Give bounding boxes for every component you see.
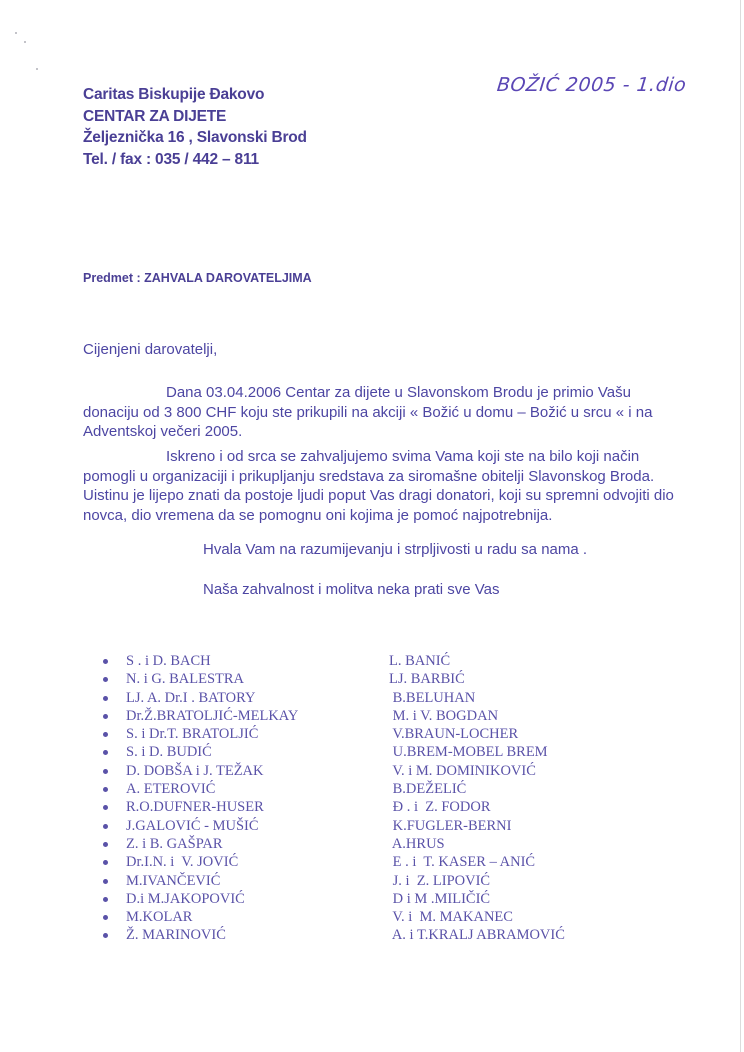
bullet-icon bbox=[103, 842, 108, 847]
bullet-icon bbox=[103, 787, 108, 792]
donor-name: R.O.DUFNER-HUSER bbox=[126, 799, 264, 815]
subject-line: Predmet : ZAHVALA DAROVATELJIMA bbox=[83, 271, 312, 285]
donor-item: L. BANIĆ bbox=[389, 652, 565, 670]
bullet-icon bbox=[103, 696, 108, 701]
paragraph-donation: Dana 03.04.2006 Centar za dijete u Slavo… bbox=[83, 383, 683, 442]
bullet-icon bbox=[103, 805, 108, 810]
bullet-icon bbox=[103, 915, 108, 920]
donor-item: N. i G. BALESTRA bbox=[103, 670, 298, 688]
letterhead-org: Caritas Biskupije Đakovo bbox=[83, 84, 307, 106]
scan-speck bbox=[36, 68, 38, 70]
donor-name: Đ . i Z. FODOR bbox=[389, 799, 491, 815]
bullet-icon bbox=[103, 860, 108, 865]
donor-item: R.O.DUFNER-HUSER bbox=[103, 798, 298, 816]
donor-item: LJ. BARBIĆ bbox=[389, 670, 565, 688]
donor-item: M. i V. BOGDAN bbox=[389, 707, 565, 725]
paragraph-line: Uistinu je lijepo znati da postoje ljudi… bbox=[83, 486, 683, 506]
bullet-icon bbox=[103, 677, 108, 682]
scan-speck bbox=[15, 32, 17, 34]
bullet-icon bbox=[103, 933, 108, 938]
donor-list-right: L. BANIĆLJ. BARBIĆ B.BELUHAN M. i V. BOG… bbox=[389, 652, 565, 945]
page-edge-line bbox=[740, 0, 741, 1052]
donor-name: E . i T. KASER – ANIĆ bbox=[389, 854, 535, 870]
donor-item: Ž. MARINOVIĆ bbox=[103, 926, 298, 944]
donor-name: L. BANIĆ bbox=[389, 653, 450, 669]
bullet-icon bbox=[103, 769, 108, 774]
donor-item: Dr.Ž.BRATOLJIĆ-MELKAY bbox=[103, 707, 298, 725]
donor-name: LJ. A. Dr.I . BATORY bbox=[126, 690, 255, 706]
paragraph-line: novca, dio vremena da se pomognu oni koj… bbox=[83, 506, 683, 526]
donor-name: N. i G. BALESTRA bbox=[126, 671, 244, 687]
donor-item: A.HRUS bbox=[389, 835, 565, 853]
donor-item: B.BELUHAN bbox=[389, 689, 565, 707]
blessing-line: Naša zahvalnost i molitva neka prati sve… bbox=[203, 581, 500, 598]
donor-item: V. i M. MAKANEC bbox=[389, 908, 565, 926]
bullet-icon bbox=[103, 824, 108, 829]
donor-item: J.GALOVIĆ - MUŠIĆ bbox=[103, 817, 298, 835]
letterhead: Caritas Biskupije Đakovo CENTAR ZA DIJET… bbox=[83, 84, 307, 170]
donor-item: Dr.I.N. i V. JOVIĆ bbox=[103, 853, 298, 871]
donor-name: M.KOLAR bbox=[126, 909, 192, 925]
donor-name: B.BELUHAN bbox=[389, 690, 475, 706]
thanks-line: Hvala Vam na razumijevanju i strpljivost… bbox=[203, 541, 587, 558]
paragraph-line: Adventskoj večeri 2005. bbox=[83, 422, 683, 442]
donor-item: D i M .MILIČIĆ bbox=[389, 890, 565, 908]
donor-item: M.KOLAR bbox=[103, 908, 298, 926]
donor-name: B.DEŽELIĆ bbox=[389, 781, 466, 797]
donor-item: M.IVANČEVIĆ bbox=[103, 872, 298, 890]
donor-name: D i M .MILIČIĆ bbox=[389, 891, 490, 907]
letterhead-phone: Tel. / fax : 035 / 442 – 811 bbox=[83, 149, 307, 171]
bullet-icon bbox=[103, 659, 108, 664]
donor-name: J.GALOVIĆ - MUŠIĆ bbox=[126, 818, 259, 834]
letterhead-address: Željeznička 16 , Slavonski Brod bbox=[83, 127, 307, 149]
donor-item: A. i T.KRALJ ABRAMOVIĆ bbox=[389, 926, 565, 944]
donor-item: A. ETEROVIĆ bbox=[103, 780, 298, 798]
bullet-icon bbox=[103, 897, 108, 902]
paragraph-line: Iskreno i od srca se zahvaljujemo svima … bbox=[83, 447, 683, 467]
donor-item: V. i M. DOMINIKOVIĆ bbox=[389, 762, 565, 780]
donor-name: M.IVANČEVIĆ bbox=[126, 873, 220, 889]
donor-item: V.BRAUN-LOCHER bbox=[389, 725, 565, 743]
donor-name: U.BREM-MOBEL BREM bbox=[389, 744, 548, 760]
donor-name: Dr.I.N. i V. JOVIĆ bbox=[126, 854, 238, 870]
donor-name: A. i T.KRALJ ABRAMOVIĆ bbox=[389, 927, 565, 943]
donor-item: S. i D. BUDIĆ bbox=[103, 743, 298, 761]
donor-item: K.FUGLER-BERNI bbox=[389, 817, 565, 835]
donor-item: D. DOBŠA i J. TEŽAK bbox=[103, 762, 298, 780]
donor-item: LJ. A. Dr.I . BATORY bbox=[103, 689, 298, 707]
donor-name: A.HRUS bbox=[389, 836, 445, 852]
bullet-icon bbox=[103, 732, 108, 737]
scan-speck bbox=[24, 41, 26, 43]
donor-item: U.BREM-MOBEL BREM bbox=[389, 743, 565, 761]
donor-name: Z. i B. GAŠPAR bbox=[126, 836, 223, 852]
handwritten-note: BOŽIĆ 2005 - 1.dio bbox=[496, 74, 688, 96]
bullet-icon bbox=[103, 879, 108, 884]
letterhead-center: CENTAR ZA DIJETE bbox=[83, 106, 307, 128]
bullet-icon bbox=[103, 714, 108, 719]
donor-name: LJ. BARBIĆ bbox=[389, 671, 465, 687]
donor-name: Dr.Ž.BRATOLJIĆ-MELKAY bbox=[126, 708, 298, 724]
donor-list-left: S . i D. BACHN. i G. BALESTRALJ. A. Dr.I… bbox=[103, 652, 298, 945]
paragraph-line: donaciju od 3 800 CHF koju ste prikupili… bbox=[83, 403, 683, 423]
donor-name: V. i M. DOMINIKOVIĆ bbox=[389, 763, 536, 779]
paragraph-line: Dana 03.04.2006 Centar za dijete u Slavo… bbox=[83, 383, 683, 403]
paragraph-line: pomogli u organizaciji i prikupljanju sr… bbox=[83, 467, 683, 487]
donor-item: S. i Dr.T. BRATOLJIĆ bbox=[103, 725, 298, 743]
donor-name: S. i D. BUDIĆ bbox=[126, 744, 212, 760]
donor-name: S. i Dr.T. BRATOLJIĆ bbox=[126, 726, 258, 742]
donor-name: K.FUGLER-BERNI bbox=[389, 818, 511, 834]
donor-name: J. i Z. LIPOVIĆ bbox=[389, 873, 490, 889]
donor-item: Đ . i Z. FODOR bbox=[389, 798, 565, 816]
bullet-icon bbox=[103, 750, 108, 755]
donor-item: Z. i B. GAŠPAR bbox=[103, 835, 298, 853]
donor-name: Ž. MARINOVIĆ bbox=[126, 927, 226, 943]
donor-item: E . i T. KASER – ANIĆ bbox=[389, 853, 565, 871]
donor-name: V.BRAUN-LOCHER bbox=[389, 726, 518, 742]
donor-name: S . i D. BACH bbox=[126, 653, 211, 669]
donor-name: D. DOBŠA i J. TEŽAK bbox=[126, 763, 264, 779]
donor-item: J. i Z. LIPOVIĆ bbox=[389, 872, 565, 890]
donor-name: M. i V. BOGDAN bbox=[389, 708, 498, 724]
donor-name: A. ETEROVIĆ bbox=[126, 781, 215, 797]
donor-name: V. i M. MAKANEC bbox=[389, 909, 513, 925]
donor-item: B.DEŽELIĆ bbox=[389, 780, 565, 798]
donor-item: D.i M.JAKOPOVIĆ bbox=[103, 890, 298, 908]
salutation: Cijenjeni darovatelji, bbox=[83, 341, 217, 358]
donor-item: S . i D. BACH bbox=[103, 652, 298, 670]
donor-name: D.i M.JAKOPOVIĆ bbox=[126, 891, 245, 907]
paragraph-gratitude: Iskreno i od srca se zahvaljujemo svima … bbox=[83, 447, 683, 525]
